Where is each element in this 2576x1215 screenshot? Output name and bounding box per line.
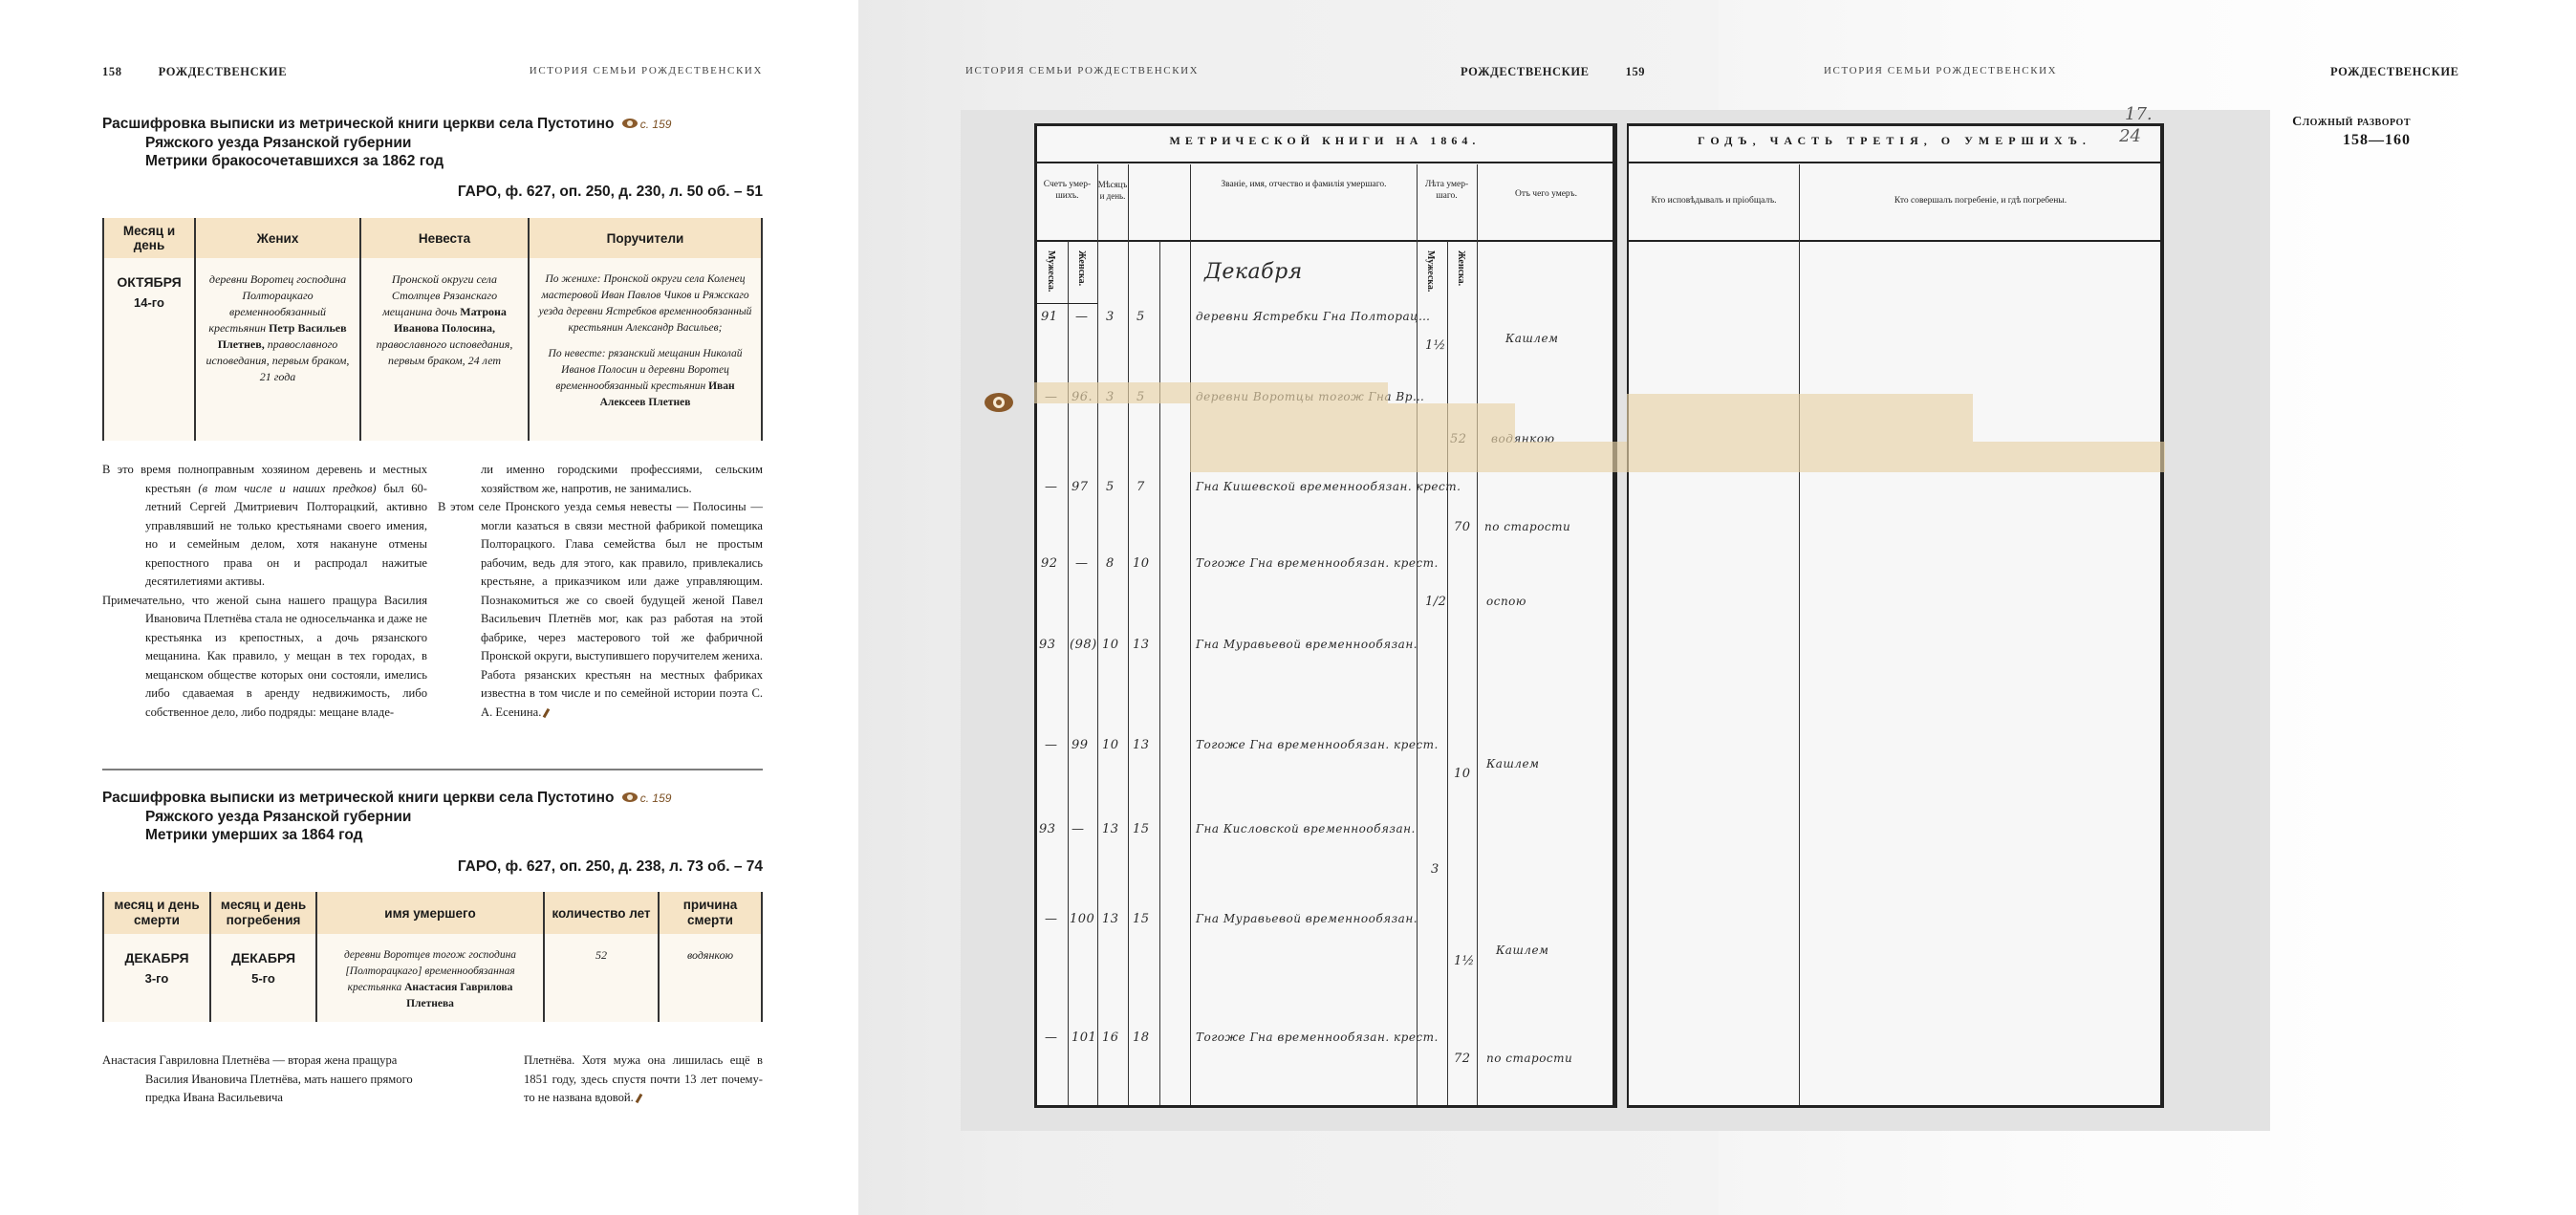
pencil-icon	[543, 708, 551, 718]
table-row: ОКТЯБРЯ 14-го деревни Воротец господина …	[103, 258, 762, 441]
cell-cause: водянкою	[659, 934, 762, 1022]
running-head-left: 158РОЖДЕСТВЕНСКИЕ	[102, 65, 287, 79]
running-head-right: РОЖДЕСТВЕНСКИЕ160	[2330, 65, 2515, 79]
section-divider	[102, 769, 763, 770]
spread-note-title: Сложный разворот	[2292, 115, 2411, 130]
cell-sureties: По жениxе: Пронской округи села Коленец …	[529, 258, 762, 441]
col-header-cause: причина смерти	[659, 892, 762, 934]
title-line-2: Ряжского уезда Рязанской губернии	[102, 808, 671, 826]
title-line-3: Метрики бракосочетавшихся за 1862 год	[102, 152, 671, 170]
col-header-bride: Невеста	[360, 218, 529, 258]
highlight-band	[1034, 382, 1388, 403]
body-column-3: Анастасия Гавриловна Плетнёва — вторая ж…	[102, 1052, 427, 1108]
paragraph: Примечательно, что женой сына нашего пра…	[102, 592, 427, 723]
folio-number: 24	[2119, 126, 2141, 146]
register-scan-image: 17. МЕТРИЧЕСКОЙ КНИГИ НА 1864. Счетъ уме…	[961, 110, 2270, 1131]
page-ref-link[interactable]: с. 159	[640, 118, 672, 131]
cell-burial-date: ДЕКАБРЯ 5-го	[210, 934, 316, 1022]
header-name: Званіе, имя, отчество и фамилія умершаго…	[1195, 179, 1413, 190]
title-line-1: Расшифровка выписки из метрической книги…	[102, 116, 614, 132]
section-head: ИСТОРИЯ СЕМЬИ РОЖДЕСТВЕНСКИХ	[965, 65, 1199, 76]
body-column-1: В это время полноправным хозяином дереве…	[102, 461, 427, 722]
col-header-burial-date: месяц и день погребения	[210, 892, 316, 934]
page-number: 158	[102, 65, 122, 78]
highlight-band	[1627, 394, 1973, 442]
body-column-2: ли именно городскими профессиями, сельск…	[438, 461, 763, 722]
eye-icon[interactable]	[985, 393, 1013, 412]
pencil-icon	[635, 1094, 642, 1103]
archive-ref: ГАРО, ф. 627, оп. 250, д. 238, л. 73 об.…	[458, 858, 763, 876]
cell-age: 52	[544, 934, 659, 1022]
section-head: ИСТОРИЯ СЕМЬИ РОЖДЕСТВЕНСКИХ	[1824, 65, 2057, 76]
header-count: Счетъ умер-шихъ.	[1037, 179, 1097, 202]
eye-icon[interactable]	[622, 119, 638, 128]
header-age-female: Женска.	[1455, 250, 1466, 286]
highlight-band	[1190, 403, 1515, 442]
header-age: Лѣта умер-шаго.	[1417, 179, 1477, 202]
table-row: ДЕКАБРЯ 3-го ДЕКАБРЯ 5-го деревни Воротц…	[103, 934, 762, 1022]
marriage-table: Месяц и день Жених Невеста Поручители ОК…	[102, 218, 763, 441]
header-month: Мѣсяцъ и день.	[1097, 179, 1128, 202]
cell-death-date: ДЕКАБРЯ 3-го	[103, 934, 210, 1022]
eye-icon[interactable]	[622, 792, 638, 802]
paragraph-continued: ли именно городскими профессиями, сельск…	[438, 461, 763, 498]
corner-folio: 17.	[2125, 104, 2153, 124]
cell-date: ОКТЯБРЯ 14-го	[103, 258, 195, 441]
cell-groom: деревни Воротец господина Полторацкаго в…	[195, 258, 360, 441]
paragraph-continued: Плетнёва. Хотя мужа она лишилась ещё в 1…	[481, 1052, 763, 1108]
running-head-title: РОЖДЕСТВЕНСКИЕ	[159, 65, 288, 78]
title-line-2: Ряжского уезда Рязанской губернии	[102, 134, 671, 152]
section-head: ИСТОРИЯ СЕМЬИ РОЖДЕСТВЕНСКИХ	[530, 65, 763, 76]
header-female: Женска.	[1075, 250, 1087, 286]
spread-note-range: 158—160	[2292, 132, 2411, 149]
title-line-1: Расшифровка выписки из метрической книги…	[102, 790, 614, 806]
running-head-right: РОЖДЕСТВЕНСКИЕ159	[1461, 65, 1645, 79]
col-header-death-date: месяц и день смерти	[103, 892, 210, 934]
col-header-groom: Жених	[195, 218, 360, 258]
title-line-3: Метрики умерших за 1864 год	[102, 826, 671, 844]
marriage-record-title: Расшифровка выписки из метрической книги…	[102, 115, 671, 170]
month-heading: Декабря	[1204, 260, 1303, 284]
highlight-band	[1190, 442, 2165, 472]
body-column-4: Плетнёва. Хотя мужа она лишилась ещё в 1…	[481, 1052, 763, 1108]
running-head-title: РОЖДЕСТВЕНСКИЕ	[1461, 65, 1590, 78]
paragraph: Анастасия Гавриловна Плетнёва — вторая ж…	[102, 1052, 427, 1108]
register-right-sheet: ГОДЪ, ЧАСТЬ ТРЕТІЯ, О УМЕРШИХЪ. 24 Кто и…	[1627, 123, 2164, 1108]
left-sheet-title: МЕТРИЧЕСКОЙ КНИГИ НА 1864.	[1037, 134, 1613, 148]
cell-name: деревни Воротцев тогож господина [Полтор…	[316, 934, 544, 1022]
death-table: месяц и день смерти месяц и день погребе…	[102, 892, 763, 1022]
col-header-sureties: Поручители	[529, 218, 762, 258]
header-cause: Отъ чего умеръ.	[1477, 188, 1615, 200]
col-header-date: Месяц и день	[103, 218, 195, 258]
page-number: 159	[1626, 65, 1646, 78]
page-edge	[2495, 0, 2576, 1215]
header-confessor: Кто исповѣдывалъ и пріобщалъ.	[1629, 195, 1799, 206]
page-158: 158РОЖДЕСТВЕНСКИЕ ИСТОРИЯ СЕМЬИ РОЖДЕСТВ…	[0, 0, 858, 1215]
death-record-title: Расшифровка выписки из метрической книги…	[102, 789, 671, 844]
paragraph: В это время полноправным хозяином дереве…	[102, 461, 427, 592]
col-header-age: количество лет	[544, 892, 659, 934]
right-sheet-title: ГОДЪ, ЧАСТЬ ТРЕТІЯ, О УМЕРШИХЪ.	[1629, 134, 2160, 148]
archive-ref: ГАРО, ф. 627, оп. 250, д. 230, л. 50 об.…	[458, 184, 763, 201]
header-male: Мужеска.	[1045, 250, 1056, 292]
col-header-name: имя умершего	[316, 892, 544, 934]
register-left-sheet: МЕТРИЧЕСКОЙ КНИГИ НА 1864. Счетъ умер-ши…	[1034, 123, 1617, 1108]
header-age-male: Мужеска.	[1424, 250, 1436, 292]
running-head-title: РОЖДЕСТВЕНСКИЕ	[2330, 65, 2459, 78]
paragraph: В этом селе Пронского уезда семья невест…	[438, 498, 763, 722]
header-burial: Кто совершалъ погребеніе, и гдѣ погребен…	[1799, 195, 2162, 206]
spread-note: Сложный разворот 158—160	[2292, 115, 2411, 149]
cell-bride: Пронской округи села Столпцев Рязанскаго…	[360, 258, 529, 441]
page-ref-link[interactable]: с. 159	[640, 792, 672, 805]
